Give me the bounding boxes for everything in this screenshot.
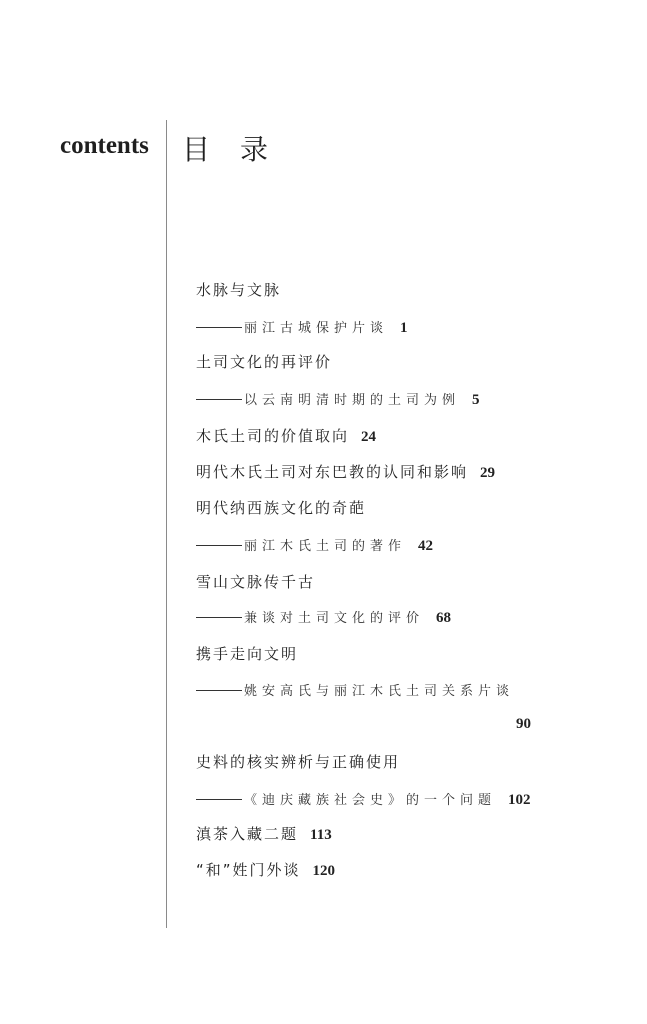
- page-number: 120: [313, 863, 336, 879]
- toc-entry-subtitle[interactable]: 《迪庆藏族社会史》的一个问题102: [196, 790, 531, 811]
- page-number: 42: [418, 538, 433, 554]
- toc-entry-subtitle[interactable]: 丽江木氏土司的著作42: [196, 536, 433, 557]
- toc-title: 目录: [182, 128, 268, 168]
- page-number: 29: [480, 465, 495, 481]
- em-dash: [196, 617, 242, 618]
- entry-title-text: 雪山文脉传千古: [196, 573, 315, 591]
- em-dash: [196, 327, 242, 328]
- toc-entry-title[interactable]: 滇茶入藏二题113: [196, 824, 332, 845]
- toc-entry-title[interactable]: 明代纳西族文化的奇葩: [196, 498, 366, 518]
- page-number: 24: [361, 429, 376, 445]
- em-dash: [196, 799, 242, 800]
- entry-title-text: 滇茶入藏二题: [196, 825, 298, 843]
- toc-entry-subtitle[interactable]: 兼谈对土司文化的评价68: [196, 608, 451, 629]
- page-number: 102: [508, 792, 531, 808]
- toc-entry-title[interactable]: 史料的核实辨析与正确使用: [196, 752, 400, 772]
- entry-title-text: “和”姓门外谈: [196, 861, 301, 879]
- page-number: 113: [310, 827, 332, 843]
- toc-title-char-2: 录: [240, 133, 268, 166]
- page-number: 5: [472, 392, 480, 408]
- entry-subtitle-text: 丽江古城保护片谈: [244, 321, 388, 336]
- vertical-divider: [166, 120, 167, 928]
- entry-subtitle-text: 兼谈对土司文化的评价: [244, 611, 424, 626]
- toc-entry-subtitle[interactable]: 丽江古城保护片谈1: [196, 318, 408, 339]
- entry-title-text: 史料的核实辨析与正确使用: [196, 753, 400, 771]
- em-dash: [196, 690, 242, 691]
- toc-entry-subtitle[interactable]: 以云南明清时期的土司为例5: [196, 390, 480, 411]
- page-number: 68: [436, 610, 451, 626]
- em-dash: [196, 399, 242, 400]
- toc-entry-title[interactable]: “和”姓门外谈120: [196, 860, 335, 881]
- toc-entry-title[interactable]: 土司文化的再评价: [196, 352, 332, 372]
- entry-subtitle-text: 《迪庆藏族社会史》的一个问题: [244, 793, 496, 808]
- entry-title-text: 土司文化的再评价: [196, 353, 332, 371]
- entry-title-text: 水脉与文脉: [196, 281, 281, 299]
- entry-subtitle-text: 姚安高氏与丽江木氏土司关系片谈: [244, 684, 514, 699]
- entry-subtitle-text: 以云南明清时期的土司为例: [244, 393, 460, 408]
- toc-entry-title[interactable]: 水脉与文脉: [196, 280, 281, 300]
- em-dash: [196, 545, 242, 546]
- page-number: 1: [400, 320, 408, 336]
- entry-title-text: 明代纳西族文化的奇葩: [196, 499, 366, 517]
- entry-title-text: 明代木氏土司对东巴教的认同和影响: [196, 463, 468, 481]
- page-number[interactable]: 90: [516, 716, 531, 733]
- entry-subtitle-text: 丽江木氏土司的著作: [244, 539, 406, 554]
- toc-entry-title[interactable]: 携手走向文明: [196, 644, 298, 664]
- toc-title-char-1: 目: [182, 133, 210, 166]
- entry-title-text: 携手走向文明: [196, 645, 298, 663]
- toc-entry-title[interactable]: 雪山文脉传千古: [196, 572, 315, 592]
- entry-title-text: 木氏土司的价值取向: [196, 427, 349, 445]
- toc-entry-title[interactable]: 木氏土司的价值取向24: [196, 426, 376, 447]
- toc-entry-subtitle[interactable]: 姚安高氏与丽江木氏土司关系片谈: [196, 682, 514, 702]
- contents-label: contents: [60, 132, 149, 160]
- toc-entry-title[interactable]: 明代木氏土司对东巴教的认同和影响29: [196, 462, 495, 483]
